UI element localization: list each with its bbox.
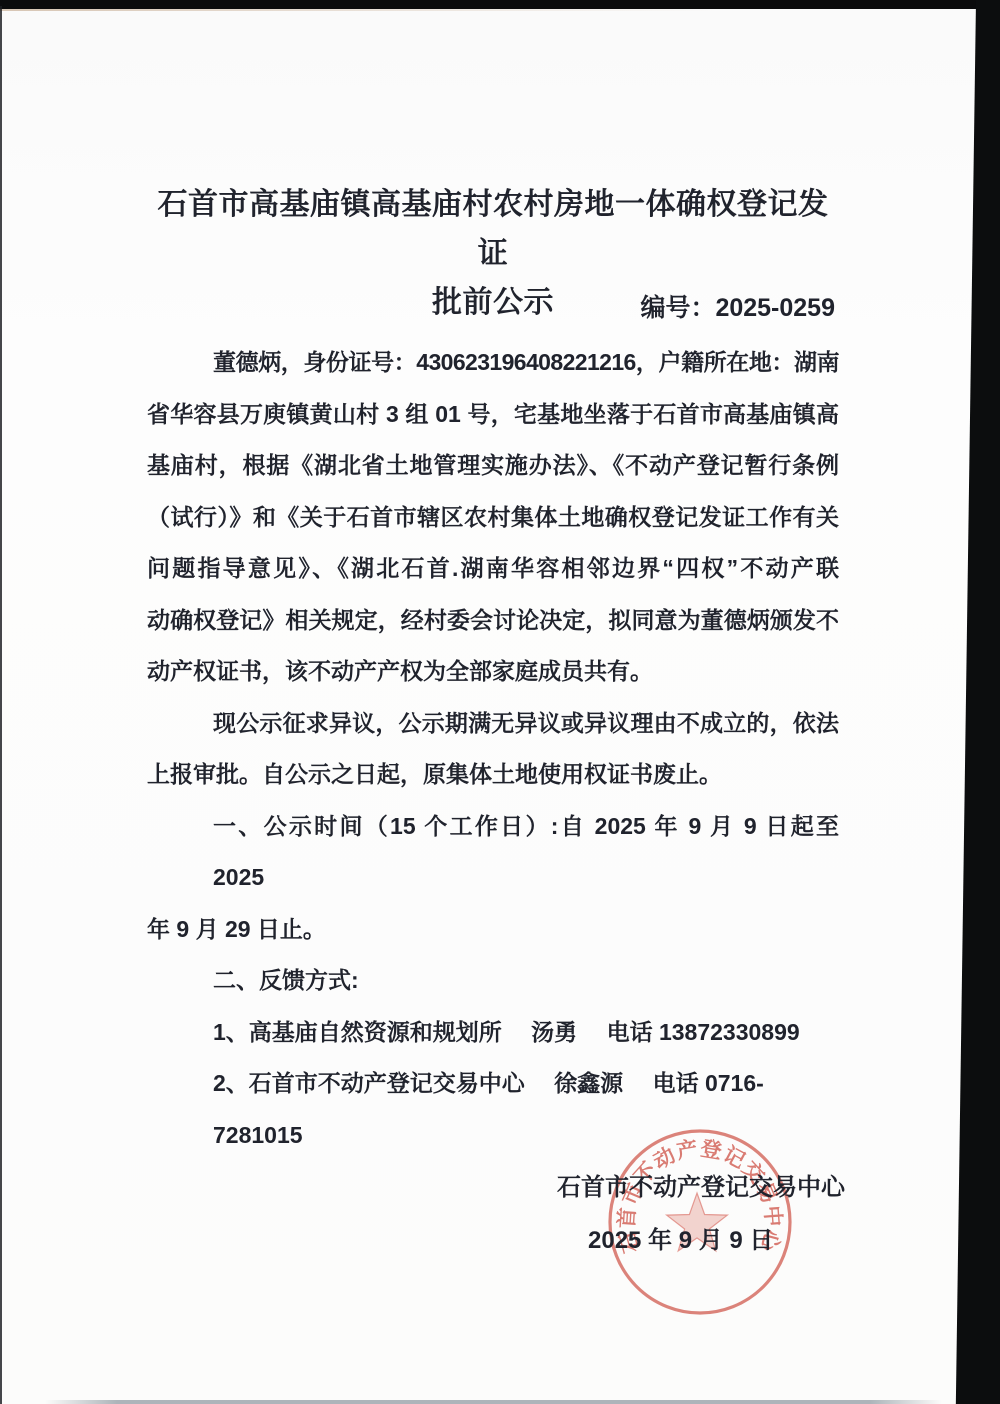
serial-number: 编号：2025-0259	[147, 294, 835, 322]
notice-title-line1: 石首市高基庙镇高基庙村农村房地一体确权登记发证	[147, 180, 839, 278]
body-line: 问题指导意见》、《湖北石首.湖南华容相邻边界“四权”不动产联	[147, 543, 839, 595]
body-line: 动产权证书，该不动产产权为全部家庭成员共有。	[147, 646, 839, 698]
scan-edge-top-tint	[0, 9, 720, 11]
scan-edge-top	[0, 0, 1000, 9]
body-line: 二、反馈方式:	[147, 955, 839, 1007]
signature-date: 2025 年 9 月 9 日	[588, 1226, 773, 1256]
notice-body: 董德炳，身份证号：430623196408221216，户籍所在地：湖南 省华容…	[147, 337, 839, 1161]
body-line: 现公示征求异议，公示期满无异议或异议理由不成立的，依法	[147, 698, 839, 750]
body-line: （试行）》和《关于石首市辖区农村集体土地确权登记发证工作有关	[147, 492, 839, 544]
scan-edge-bottom-shadow	[45, 1400, 942, 1404]
body-line: 一、公示时间（15 个工作日）:自 2025 年 9 月 9 日起至 2025	[147, 801, 839, 904]
body-line: 董德炳，身份证号：430623196408221216，户籍所在地：湖南	[147, 337, 839, 389]
body-line: 年 9 月 29 日止。	[147, 904, 839, 956]
body-line: 省华容县万庾镇黄山村 3 组 01 号，宅基地坐落于石首市高基庙镇高	[147, 389, 839, 441]
scanned-page: 石首市高基庙镇高基庙村农村房地一体确权登记发证 批前公示 编号：2025-025…	[0, 0, 1000, 1404]
signature-org: 石首市不动产登记交易中心	[557, 1173, 845, 1203]
scan-edge-right	[952, 0, 1000, 1404]
body-line: 1、高基庙自然资源和规划所 汤勇 电话 13872330899	[147, 1007, 839, 1059]
body-line: 动确权登记》相关规定，经村委会讨论决定，拟同意为董德炳颁发不	[147, 595, 839, 647]
body-line: 基庙村，根据《湖北省土地管理实施办法》、《不动产登记暂行条例	[147, 440, 839, 492]
official-seal: 石首市不动产登记交易中心	[606, 1128, 796, 1318]
scan-edge-left	[0, 6, 2, 1404]
body-line: 上报审批。自公示之日起，原集体土地使用权证书废止。	[147, 749, 839, 801]
